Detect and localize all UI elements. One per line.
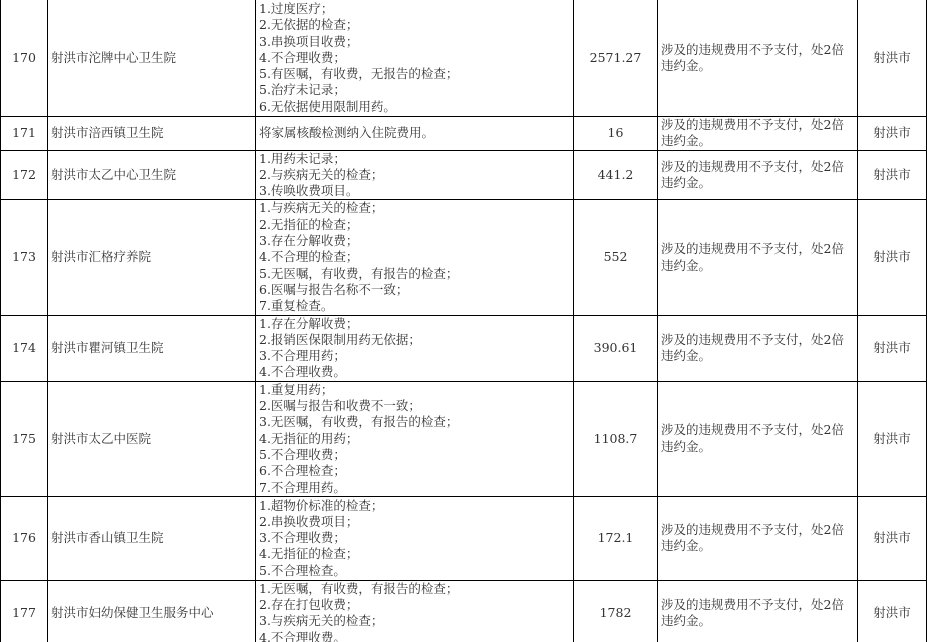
penalty-description: 涉及的违规费用不予支付，处2倍违约金。	[658, 117, 858, 151]
issue-item: 4.不合理收费。	[259, 630, 570, 642]
table-row: 174 射洪市瞿河镇卫生院 1.存在分解收费；2.报销医保限制用药无依据；3.不…	[1, 315, 927, 381]
violation-issues: 1.过度医疗；2.无依据的检查；3.串换项目收费；4.不合理收费；5.有医嘱，有…	[256, 0, 574, 117]
violation-issues: 1.超物价标准的检查；2.串换收费项目；3.不合理收费；4.无指征的检查；5.不…	[256, 496, 574, 580]
region: 射洪市	[858, 0, 927, 117]
institution-name: 射洪市妇幼保健卫生服务中心	[48, 580, 256, 642]
violation-amount: 1108.7	[574, 381, 658, 496]
region: 射洪市	[858, 580, 927, 642]
row-number: 174	[1, 315, 48, 381]
issue-item: 1.与疾病无关的检查；	[259, 200, 570, 216]
issue-item: 5.有医嘱，有收费，无报告的检查；	[259, 66, 570, 82]
issue-item: 3.不合理用药；	[259, 348, 570, 364]
institution-name: 射洪市沱牌中心卫生院	[48, 0, 256, 117]
issue-item: 4.不合理的检查；	[259, 249, 570, 265]
issue-item: 将家属核酸检测纳入住院费用。	[259, 125, 570, 141]
issue-item: 3.不合理收费；	[259, 530, 570, 546]
penalty-description: 涉及的违规费用不予支付，处2倍违约金。	[658, 315, 858, 381]
violation-amount: 2571.27	[574, 0, 658, 117]
table-row: 171 射洪市涪西镇卫生院 将家属核酸检测纳入住院费用。 16 涉及的违规费用不…	[1, 117, 927, 151]
violation-issues: 1.无医嘱，有收费，有报告的检查；2.存在打包收费；3.与疾病无关的检查；4.不…	[256, 580, 574, 642]
issue-item: 2.串换收费项目；	[259, 514, 570, 530]
issue-item: 7.重复检查。	[259, 298, 570, 314]
violation-issues: 1.重复用药；2.医嘱与报告和收费不一致；3.无医嘱，有收费，有报告的检查；4.…	[256, 381, 574, 496]
issue-item: 2.报销医保限制用药无依据；	[259, 332, 570, 348]
penalty-description: 涉及的违规费用不予支付，处2倍违约金。	[658, 496, 858, 580]
institution-name: 射洪市香山镇卫生院	[48, 496, 256, 580]
row-number: 175	[1, 381, 48, 496]
institution-name: 射洪市瞿河镇卫生院	[48, 315, 256, 381]
table-row: 172 射洪市太乙中心卫生院 1.用药未记录；2.与疾病无关的检查；3.传唤收费…	[1, 150, 927, 200]
penalty-description: 涉及的违规费用不予支付，处2倍违约金。	[658, 150, 858, 200]
table-row: 170 射洪市沱牌中心卫生院 1.过度医疗；2.无依据的检查；3.串换项目收费；…	[1, 0, 927, 117]
penalty-description: 涉及的违规费用不予支付，处2倍违约金。	[658, 381, 858, 496]
row-number: 170	[1, 0, 48, 117]
issue-item: 2.与疾病无关的检查；	[259, 167, 570, 183]
violation-amount: 552	[574, 200, 658, 315]
issue-item: 4.无指征的检查；	[259, 546, 570, 562]
region: 射洪市	[858, 315, 927, 381]
violation-amount: 16	[574, 117, 658, 151]
issue-item: 5.不合理收费；	[259, 447, 570, 463]
issue-item: 1.存在分解收费；	[259, 316, 570, 332]
row-number: 177	[1, 580, 48, 642]
issue-item: 6.医嘱与报告名称不一致；	[259, 282, 570, 298]
institution-name: 射洪市太乙中医院	[48, 381, 256, 496]
issue-item: 2.存在打包收费；	[259, 597, 570, 613]
issue-item: 3.存在分解收费；	[259, 233, 570, 249]
issue-item: 2.医嘱与报告和收费不一致；	[259, 398, 570, 414]
region: 射洪市	[858, 496, 927, 580]
issue-item: 7.不合理用药。	[259, 480, 570, 496]
issue-item: 6.不合理检查；	[259, 463, 570, 479]
issue-item: 4.不合理收费。	[259, 364, 570, 380]
violation-amount: 390.61	[574, 315, 658, 381]
institution-name: 射洪市涪西镇卫生院	[48, 117, 256, 151]
issue-item: 1.过度医疗；	[259, 1, 570, 17]
issue-item: 2.无指征的检查；	[259, 217, 570, 233]
violation-issues: 1.用药未记录；2.与疾病无关的检查；3.传唤收费项目。	[256, 150, 574, 200]
issue-item: 5.无医嘱，有收费，有报告的检查；	[259, 266, 570, 282]
region: 射洪市	[858, 150, 927, 200]
issue-item: 1.用药未记录；	[259, 151, 570, 167]
row-number: 171	[1, 117, 48, 151]
issue-item: 5.治疗未记录；	[259, 82, 570, 98]
violation-issues: 将家属核酸检测纳入住院费用。	[256, 117, 574, 151]
table-row: 177 射洪市妇幼保健卫生服务中心 1.无医嘱，有收费，有报告的检查；2.存在打…	[1, 580, 927, 642]
violation-amount: 441.2	[574, 150, 658, 200]
row-number: 176	[1, 496, 48, 580]
issue-item: 1.超物价标准的检查；	[259, 498, 570, 514]
issue-item: 3.串换项目收费；	[259, 34, 570, 50]
issue-item: 3.与疾病无关的检查；	[259, 613, 570, 629]
violations-table: 170 射洪市沱牌中心卫生院 1.过度医疗；2.无依据的检查；3.串换项目收费；…	[0, 0, 927, 642]
issue-item: 6.无依据使用限制用药。	[259, 99, 570, 115]
region: 射洪市	[858, 117, 927, 151]
table-row: 173 射洪市汇格疗养院 1.与疾病无关的检查；2.无指征的检查；3.存在分解收…	[1, 200, 927, 315]
issue-item: 5.不合理检查。	[259, 563, 570, 579]
issue-item: 4.不合理收费；	[259, 50, 570, 66]
penalty-description: 涉及的违规费用不予支付，处2倍违约金。	[658, 0, 858, 117]
region: 射洪市	[858, 381, 927, 496]
table-body: 170 射洪市沱牌中心卫生院 1.过度医疗；2.无依据的检查；3.串换项目收费；…	[1, 0, 927, 642]
issue-item: 3.无医嘱，有收费，有报告的检查；	[259, 414, 570, 430]
row-number: 172	[1, 150, 48, 200]
region: 射洪市	[858, 200, 927, 315]
institution-name: 射洪市太乙中心卫生院	[48, 150, 256, 200]
penalty-description: 涉及的违规费用不予支付，处2倍违约金。	[658, 580, 858, 642]
row-number: 173	[1, 200, 48, 315]
penalty-description: 涉及的违规费用不予支付，处2倍违约金。	[658, 200, 858, 315]
issue-item: 3.传唤收费项目。	[259, 183, 570, 199]
issue-item: 4.无指征的用药；	[259, 431, 570, 447]
issue-item: 1.无医嘱，有收费，有报告的检查；	[259, 581, 570, 597]
issue-item: 2.无依据的检查；	[259, 17, 570, 33]
table-row: 176 射洪市香山镇卫生院 1.超物价标准的检查；2.串换收费项目；3.不合理收…	[1, 496, 927, 580]
violation-amount: 172.1	[574, 496, 658, 580]
violation-amount: 1782	[574, 580, 658, 642]
violation-issues: 1.与疾病无关的检查；2.无指征的检查；3.存在分解收费；4.不合理的检查；5.…	[256, 200, 574, 315]
issue-item: 1.重复用药；	[259, 382, 570, 398]
institution-name: 射洪市汇格疗养院	[48, 200, 256, 315]
table-row: 175 射洪市太乙中医院 1.重复用药；2.医嘱与报告和收费不一致；3.无医嘱，…	[1, 381, 927, 496]
violation-issues: 1.存在分解收费；2.报销医保限制用药无依据；3.不合理用药；4.不合理收费。	[256, 315, 574, 381]
